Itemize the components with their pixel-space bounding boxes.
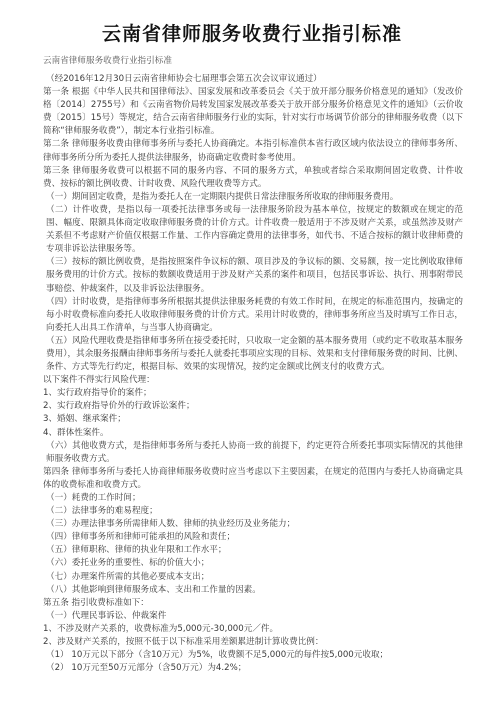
fee-tier-1: （1） 10万元以下部分（含10万元）为5%，收费额不足5,000元的每件按5,… (43, 649, 463, 662)
document-page: 云南省律师服务收费行业指引标准 云南省律师服务收费行业指引标准 （经2016年1… (0, 0, 504, 713)
article-4-item-3: （三）办理法律事务所需律师人数、律师的执业经历及业务能力； (43, 518, 463, 531)
article-3: 第三条 律师服务收费可以根据不同的服务内容、不同的服务方式，单独或者综合采取期间… (43, 165, 463, 191)
risk-exclusion-3: 3、婚姻、继承案件； (43, 413, 463, 426)
risk-exclusion-4: 4、群体性案件。 (43, 427, 463, 440)
article-3-item-3: （三）按标的额比例收费，是指按照案件争议标的额、项目涉及的争议标的额、交易额，按… (43, 256, 463, 295)
risk-exclusion-2: 2、实行政府指导价外的行政诉讼案件； (43, 400, 463, 413)
article-5-rule-1: 1、不涉及财产关系的，收费标准为5,000元-30,000元／件。 (43, 623, 463, 636)
article-2: 第二条 律师服务收费由律师事务所与委托人协商确定。本指引标准供本省行政区域内依法… (43, 138, 463, 164)
article-5: 第五条 指引收费标准如下： (43, 597, 463, 610)
article-4-item-7: （七）办理案件所需的其他必要成本支出； (43, 571, 463, 584)
article-3-item-2: （二）计件收费，是指以每一项委托法律事务或每一法律服务阶段为基本单位，按规定的数… (43, 204, 463, 256)
article-1: 第一条 根据《中华人民共和国律师法》、国家发展和改革委员会《关于放开部分服务价格… (43, 86, 463, 138)
article-3-item-5: （五）风险代理收费是指律师事务所在接受委托时，只收取一定金额的基本服务费用（或约… (43, 335, 463, 374)
article-3-item-4: （四）计时收费，是指律师事务所根据其提供法律服务耗费的有效工作时间，在规定的标准… (43, 296, 463, 335)
risk-exclusion-heading: 以下案件不得实行风险代理： (43, 374, 463, 387)
approval-note: （经2016年12月30日云南省律师协会七届理事会第五次会议审议通过） (43, 73, 463, 86)
fee-tier-2: （2） 10万元至50万元部分（含50万元）为4.2%； (43, 662, 463, 675)
article-4-item-2: （二）法律事务的难易程度； (43, 505, 463, 518)
document-title: 云南省律师服务收费行业指引标准 (0, 22, 504, 46)
article-3-item-6: （六）其他收费方式，是指律师事务所与委托人协商一致的前提下，约定更符合所委托事项… (43, 440, 463, 466)
article-5-item-1: （一）代理民事诉讼、仲裁案件 (43, 610, 463, 623)
article-3-item-1: （一）期间固定收费，是指为委托人在一定期限内提供日常法律服务所收取的律师服务费用… (43, 191, 463, 204)
article-4-item-8: （八）其他影响到律师服务成本、支出和工作量的因素。 (43, 584, 463, 597)
article-5-rule-2: 2、涉及财产关系的，按照不低于以下标准采用差额累进制计算收费比例： (43, 636, 463, 649)
document-subtitle: 云南省律师服务收费行业指引标准 (43, 55, 172, 67)
risk-exclusion-1: 1、实行政府指导价的案件； (43, 387, 463, 400)
document-body: （经2016年12月30日云南省律师协会七届理事会第五次会议审议通过） 第一条 … (43, 73, 463, 675)
article-4-item-1: （一）耗费的工作时间； (43, 492, 463, 505)
article-4-item-6: （六）委托业务的重要性、标的价值大小； (43, 557, 463, 570)
article-4-item-5: （五）律师职称、律师的执业年限和工作水平； (43, 544, 463, 557)
article-4-item-4: （四）律师事务所和律师可能承担的风险和责任； (43, 531, 463, 544)
article-4: 第四条 律师事务所与委托人协商律师服务收费时应当考虑以下主要因素，在规定的范围内… (43, 466, 463, 492)
